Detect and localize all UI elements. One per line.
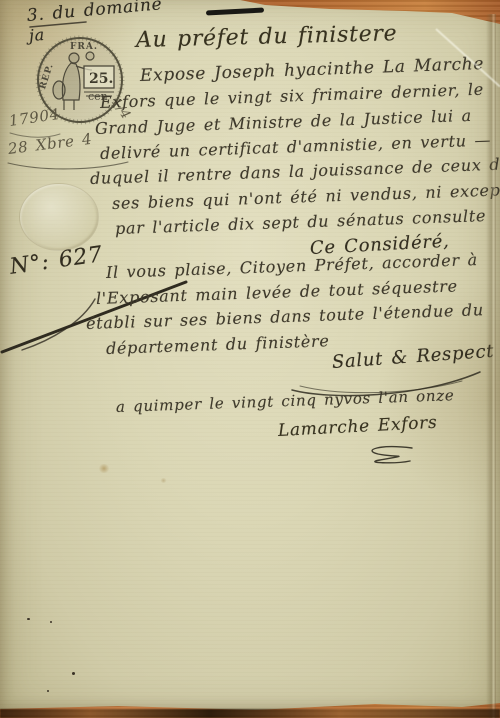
bottom-edge xyxy=(0,709,500,718)
right-edge-fold xyxy=(486,14,496,718)
scanned-document: 3. du domaine ja FRA. REP. 25. cen 1/4 A… xyxy=(0,0,500,718)
stamp-value: 25. xyxy=(89,71,113,87)
stamp-arc-top: FRA. xyxy=(70,42,98,52)
